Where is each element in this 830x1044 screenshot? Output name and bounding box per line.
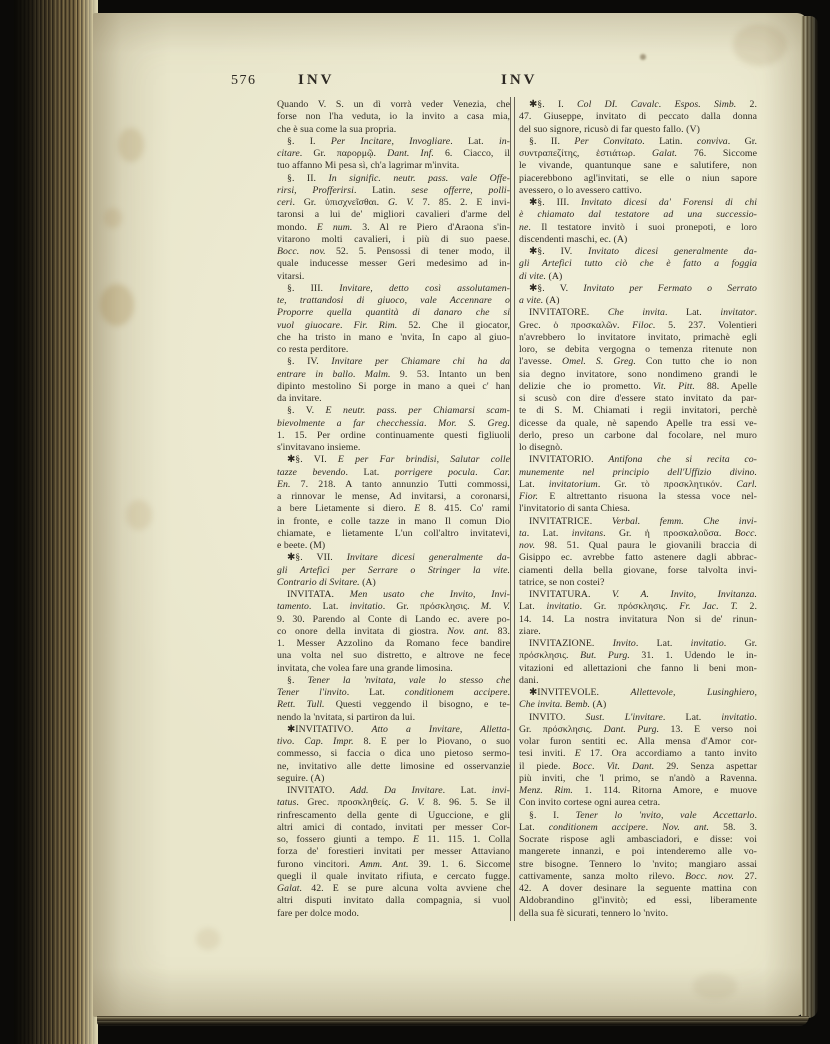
text-line: ne. Il testatore invitò i suoi pronepoti… <box>519 222 757 234</box>
text-line: stre bisogne. Tennero lo 'nvito; mangiar… <box>519 859 757 871</box>
text-segment: Filoc. <box>632 320 655 331</box>
text-segment: Fir. Rim. <box>354 320 398 331</box>
text-segment: . <box>340 320 354 331</box>
column-divider-rule <box>510 97 515 921</box>
page-stack-edge-right <box>801 16 818 1018</box>
text-segment: G. V. <box>399 797 424 808</box>
text-segment: Verbal. femm. Che invi- <box>612 516 757 527</box>
text-segment: altri amici di contado, invitati per mes… <box>277 822 510 833</box>
text-segment: . Gr. <box>728 136 757 147</box>
text-line: te, trattandosi di giuoco, vale Accennar… <box>277 295 510 307</box>
text-segment: (A) <box>590 699 606 710</box>
text-line: §. II. In signific. neutr. pass. vale Of… <box>277 173 510 185</box>
text-line: commesso, si faccia o dica uno pietoso s… <box>277 748 510 760</box>
text-segment: Omel. S. Greg. <box>562 356 636 367</box>
text-segment: 7. 85. 2. E invi- <box>414 197 510 208</box>
text-segment: 11. 115. 1. Colla <box>419 834 510 845</box>
text-segment: co onore della invitata di giostra. <box>277 626 447 637</box>
text-segment: Nov. ant. <box>662 822 709 833</box>
text-segment: 98. 51. Qual paura le giovanili braccia … <box>535 540 757 551</box>
text-line: altri disputi invitato dalla compagnia, … <box>277 895 510 907</box>
text-line: di vite. (A) <box>519 271 757 283</box>
text-line: l'invitatorio di santa Chiesa. <box>519 503 757 515</box>
text-line: delizie che io prometto. Vit. Pitt. 88. … <box>519 381 757 393</box>
text-segment: quale inducesse messer Geri medesimo ad … <box>277 258 510 269</box>
text-line: gli Artefici tutto ciò che è fatto a fog… <box>519 258 757 270</box>
text-segment: ✱§. III. <box>529 197 581 208</box>
text-segment: ciamenti della bella giovane, forse talv… <box>519 565 757 576</box>
text-segment: Bocc. nov. <box>277 246 326 257</box>
text-line: ✱§. VII. Invitare dicesi generalmente da… <box>277 552 510 564</box>
text-line: il piede. Bocc. Vit. Dant. 29. Senza asp… <box>519 761 757 773</box>
text-segment: rirsi, Profferirsi <box>277 185 354 196</box>
text-segment: delizie che io prometto. <box>519 381 653 392</box>
text-line: s'invitavano insieme. <box>277 442 510 454</box>
text-line: vitazioni ed allettazioni che fanno li b… <box>519 663 757 675</box>
text-segment: l'avesse. <box>519 356 562 367</box>
text-segment: Men usato che Invito, Invi- <box>350 589 510 600</box>
text-segment: . <box>475 467 493 478</box>
text-line: dicesse da quale, nè sapendo Apelle tra … <box>519 418 757 430</box>
text-segment: 3. Al re Piero d'Araona s'in- <box>352 222 510 233</box>
text-segment: in fronte, e colle tazze in mano Il comu… <box>277 516 510 527</box>
text-segment: §. II. <box>529 136 574 147</box>
text-segment: Fior. <box>519 491 538 502</box>
text-line: INVITATORIO. Antifona che si recita co- <box>519 454 757 466</box>
text-line: Tener l'invito. Lat. conditionem acciper… <box>277 687 510 699</box>
text-segment: chiamate, e lietamente L'un coll'altro i… <box>277 528 510 539</box>
text-line: co onore della invitata di giostra. Nov.… <box>277 626 510 638</box>
text-segment: Menz. Rim. <box>519 785 573 796</box>
text-line: dipinto mestolino Si porge in mano a que… <box>277 381 510 393</box>
text-line: nendo la 'nvitata, si partiron da lui. <box>277 712 510 724</box>
text-segment: 29. Senza aspettar <box>654 761 757 772</box>
text-segment: . Lat. <box>527 528 572 539</box>
text-line: tamento. Lat. invitatio. Gr. πρόσκλησις.… <box>277 601 510 613</box>
text-segment: Questi veggendo il bisogno, e te- <box>325 699 510 710</box>
text-segment: sese offerre, polli- <box>411 185 510 196</box>
text-segment: Contrario di Svitare. <box>277 577 360 588</box>
text-line: §. V. E neutr. pass. per Chiamarsi scam- <box>277 405 510 417</box>
text-segment: (A) <box>360 577 376 588</box>
text-segment: gli Artefici tutto ciò che è fatto a fog… <box>519 258 757 269</box>
text-segment: . <box>292 736 304 747</box>
text-line: derlo, preso un carbone dal focolare, ne… <box>519 430 757 442</box>
text-segment: avessero, o lo avessero cattivo. <box>519 185 642 196</box>
text-segment: In signific. neutr. pass. vale Offe- <box>328 173 510 184</box>
text-segment: 1. Messer Azzolino da Romano fece bandir… <box>277 638 510 649</box>
text-line: mondo. E num. 3. Al re Piero d'Araona s'… <box>277 222 510 234</box>
text-segment: Quando V. S. un dì vorrà veder Venezia, … <box>277 99 510 110</box>
text-segment: Invitare dicesi generalmente da- <box>347 552 510 563</box>
text-line: in fronte, e colle tazze in mano Il comu… <box>277 516 510 528</box>
text-segment: (A) <box>543 295 559 306</box>
text-segment: te di S. M. Chiamati i regii invitatori,… <box>519 405 757 416</box>
text-segment: tatus <box>277 797 296 808</box>
text-segment: in- <box>499 136 510 147</box>
text-line: INVITATRICE. Verbal. femm. Che invi- <box>519 516 757 528</box>
text-segment: ✱§. I. <box>529 99 577 110</box>
text-line: §. III. Invitare, detto così assolutamen… <box>277 283 510 295</box>
text-segment: invitatio <box>721 712 754 723</box>
text-segment: da invitare. <box>277 393 322 404</box>
foxing-stain <box>733 24 787 66</box>
text-segment: porrigere pocula <box>395 467 475 478</box>
text-line: §. II. Per Convitato. Latin. conviva. Gr… <box>519 136 757 148</box>
text-line: te di S. M. Chiamati i regii invitatori,… <box>519 405 757 417</box>
text-segment: E per Far brindisi, Salutar colle <box>338 454 510 465</box>
text-line: Gisippo ec. avrebbe fatto astenere dagli… <box>519 552 757 564</box>
text-segment: INVITO. <box>529 712 586 723</box>
text-line: Con invito cortese ogni aurea cetra. <box>519 797 757 809</box>
text-segment: §. I. <box>529 810 576 821</box>
text-segment: tamento <box>277 601 309 612</box>
text-line: munemente nel principio dell'Uffizio div… <box>519 467 757 479</box>
text-line: Che invita. Bemb. (A) <box>519 699 757 711</box>
text-segment: Sust. L'invitare <box>586 712 663 723</box>
text-line: l'avesse. Omel. S. Greg. Con tutto che i… <box>519 356 757 368</box>
text-segment: piacerebbono agl'invitati, se elle o niu… <box>519 173 757 184</box>
text-line: sia degno invitatore, sono nondimeno gra… <box>519 369 757 381</box>
text-line: fare per dolce modo. <box>277 908 510 920</box>
text-segment: Proporre quella quantità di danaro che s… <box>277 307 510 318</box>
text-line: a vite. (A) <box>519 295 757 307</box>
text-line: loro, se debita vergogna o temenza riten… <box>519 344 757 356</box>
text-segment: 39. 1. 6. Siccome <box>409 859 510 870</box>
text-line: 1. 15. Per ordine continuamente questi f… <box>277 430 510 442</box>
text-segment: mondo. <box>277 222 317 233</box>
text-segment: ✱§. VII. <box>287 552 347 563</box>
text-segment: Amm. Ant. <box>360 859 409 870</box>
book-spine-page-edges <box>14 0 98 1044</box>
text-segment: munemente nel principio dell'Uffizio div… <box>519 467 757 478</box>
text-line: a rinnovar le mense, Ad invitarsi, a cor… <box>277 491 510 503</box>
text-line: tuo affanno Mi pesa sì, ch'a lagrimar m'… <box>277 160 510 172</box>
text-segment: . <box>508 687 511 698</box>
text-segment: M. V. <box>481 601 510 612</box>
text-segment: ✱§. V. <box>529 283 583 294</box>
foxing-stain <box>100 284 134 326</box>
text-line: cattivamente, sanza molto rilevo. Bocc. … <box>519 871 757 883</box>
text-segment: quegli il quale invitato rifiuta, e cerc… <box>277 871 510 882</box>
text-line: chiamate, e lietamente L'un coll'altro i… <box>277 528 510 540</box>
text-segment: But. Purg. <box>580 650 630 661</box>
text-segment: invitans <box>572 528 603 539</box>
foxing-stain <box>104 208 122 228</box>
text-segment: forse non l'ha veduta, io la invito a ca… <box>277 111 510 122</box>
text-line: tatus. Grec. προσκληθείς. G. V. 8. 96. 5… <box>277 797 510 809</box>
foxing-stain <box>693 973 737 999</box>
text-line: tesi inviti. E 17. Ora accordiamo a tant… <box>519 748 757 760</box>
text-line: Proporre quella quantità di danaro che s… <box>277 307 510 319</box>
text-segment: Invitato dicesi da' Forensi di chi <box>581 197 757 208</box>
text-segment: 13. E verso noi <box>659 724 757 735</box>
text-segment: E neutr. pass. per Chiamarsi scam- <box>326 405 510 416</box>
text-line: ne, invitativo alle dette limosine ed os… <box>277 761 510 773</box>
text-segment: entrare in ballo <box>277 369 353 380</box>
text-segment: volar furon sentiti ec. Alla mensa d'Amo… <box>519 736 757 747</box>
text-segment: so, fossero giunti a tempo. <box>277 834 413 845</box>
text-segment: 88. Apelle <box>695 381 757 392</box>
text-line: 47. Giuseppe, invitato di peccato dalla … <box>519 111 757 123</box>
text-line: Menz. Rim. 1. 114. Ritorna Amore, e muov… <box>519 785 757 797</box>
text-line: tivo. Cap. Impr. 8. E per lo Piovano, o … <box>277 736 510 748</box>
text-segment: Add. Da Invitare <box>350 785 443 796</box>
text-line: più inviti, che 'l primo, se n'andò a Ra… <box>519 773 757 785</box>
text-segment: dipinto mestolino Si porge in mano a que… <box>277 381 510 392</box>
text-segment: vitazioni ed allettazioni che fanno li b… <box>519 663 757 674</box>
text-segment: derlo, preso un carbone dal focolare, ne… <box>519 430 757 441</box>
text-line: Lat. invitatio. Gr. πρόσκλησις. Fr. Jac.… <box>519 601 757 613</box>
text-segment: E altrettanto risuona la stessa voce nel… <box>538 491 757 502</box>
text-line: mangerete innanzi, e poi intenderemo all… <box>519 846 757 858</box>
text-segment: 76. Siccome <box>677 148 757 159</box>
text-segment: G. V. <box>388 197 414 208</box>
text-line: co resta perditore. <box>277 344 510 356</box>
text-line: 14. 14. La nostra invitatura Non si de' … <box>519 614 757 626</box>
text-segment: ne, invitativo alle dette limosine ed os… <box>277 761 510 772</box>
text-segment: Tener l'invito <box>277 687 347 698</box>
text-segment: §. <box>287 675 308 686</box>
text-line: del suo signore, ricusò di far questo fa… <box>519 124 757 136</box>
text-line: furono vincitori. Amm. Ant. 39. 1. 6. Si… <box>277 859 510 871</box>
foxing-stain <box>118 128 144 162</box>
text-line: INVITATORE. Che invita. Lat. invitator. <box>519 307 757 319</box>
text-segment: del suo signore, ricusò di far questo fa… <box>519 124 700 135</box>
text-segment: di vite. <box>519 271 546 282</box>
text-line: le vivande, quantunque sane e salutifere… <box>519 160 757 172</box>
text-line: §. IV. Invitare per Chiamare chi ha da <box>277 356 510 368</box>
text-segment: discendenti maschi, ec. (A) <box>519 234 627 245</box>
text-segment: invitator <box>720 307 754 318</box>
text-segment: . <box>755 712 758 723</box>
text-segment: ✱INVITATIVO. <box>287 724 371 735</box>
text-line: INVITATA. Men usato che Invito, Invi- <box>277 589 510 601</box>
text-segment: Allettevole, Lusinghiero, <box>631 687 757 698</box>
text-segment: e beete. (M) <box>277 540 325 551</box>
text-segment: . Lat. <box>636 638 691 649</box>
text-segment: INVITATORIO. <box>529 454 608 465</box>
text-segment: Lat. <box>519 479 549 490</box>
text-line: ta. Lat. invitans. Gr. ἡ προσκαλοῦσα. Bo… <box>519 528 757 540</box>
text-segment: gli Artefici per Serrare o Stringer la v… <box>277 565 510 576</box>
running-head-right: INV <box>501 72 538 89</box>
text-segment: Tener lo 'nvito, vale Accettarlo <box>576 810 755 821</box>
text-segment: 2. <box>736 99 757 110</box>
text-segment: §. I. <box>287 136 331 147</box>
text-segment: 2. <box>738 601 757 612</box>
text-segment: fare per dolce modo. <box>277 908 359 919</box>
text-line: una volta nel suo distretto, e altrove n… <box>277 650 510 662</box>
text-segment: §. IV. <box>287 356 331 367</box>
text-segment: §. V. <box>287 405 326 416</box>
text-line: Socrate rispose agli ambasciadori, e dis… <box>519 834 757 846</box>
text-line: Quando V. S. un dì vorrà veder Venezia, … <box>277 99 510 111</box>
text-segment: INVITAZIONE. <box>529 638 613 649</box>
text-segment: Atto a Invitare, Alletta- <box>371 724 510 735</box>
text-segment: 58. 3. <box>709 822 757 833</box>
text-segment: 7. 218. A tanto annunzio Tutti commossi, <box>290 479 510 490</box>
text-line: §. Tener la 'nvitata, vale lo stesso che <box>277 675 510 687</box>
text-line: che è sua come la sua propria. <box>277 124 510 136</box>
text-segment: conviva <box>697 136 728 147</box>
text-line: ✱§. III. Invitato dicesi da' Forensi di … <box>519 197 757 209</box>
text-segment: Per Convitato <box>574 136 642 147</box>
text-segment: §. III. <box>287 283 339 294</box>
text-segment: Fr. Jac. T. <box>679 601 737 612</box>
text-line: INVITATO. Add. Da Invitare. Lat. invi- <box>277 785 510 797</box>
text-line: ceri. Gr. ὑπισχνεῖσθαι. G. V. 7. 85. 2. … <box>277 197 510 209</box>
text-segment: Carl. <box>736 479 757 490</box>
text-segment: conditionem accipere <box>549 822 646 833</box>
text-segment: Antifona che si recita co- <box>608 454 757 465</box>
text-segment: §. II. <box>287 173 328 184</box>
text-line: forza de' forestieri invitati per messer… <box>277 846 510 858</box>
text-segment: Grec. ὁ προσκαλῶν. <box>519 320 632 331</box>
ink-fleck <box>640 54 646 60</box>
text-line: En. 7. 218. A tanto annunzio Tutti commo… <box>277 479 510 491</box>
text-segment: tesi inviti. <box>519 748 575 759</box>
text-segment: . <box>755 307 758 318</box>
text-line: vuol giuocare. Fir. Rim. 52. Che il gioc… <box>277 320 510 332</box>
text-segment: . Gr. πρόσκλησις. <box>383 601 481 612</box>
text-segment: Galat. <box>652 148 677 159</box>
text-line: che ha tristo in mano e 'nvita, In capo … <box>277 332 510 344</box>
text-line: lo disegnò. <box>519 442 757 454</box>
text-segment: ne <box>519 222 528 233</box>
text-line: Lat. conditionem accipere. Nov. ant. 58.… <box>519 822 757 834</box>
text-segment: tivo <box>277 736 292 747</box>
text-segment: . <box>646 822 663 833</box>
text-segment: πρόσκλησις. <box>519 650 580 661</box>
text-segment: Rett. Tull. <box>277 699 325 710</box>
text-line: discendenti maschi, ec. (A) <box>519 234 757 246</box>
text-line: ✱INVITEVOLE. Allettevole, Lusinghiero, <box>519 687 757 699</box>
text-segment: una volta nel suo distretto, e altrove n… <box>277 650 510 661</box>
text-line: è chiamato dal testatore ad una successi… <box>519 209 757 221</box>
text-segment: . Lat. <box>443 785 492 796</box>
text-segment: tuo affanno Mi pesa sì, ch'a lagrimar m'… <box>277 160 459 171</box>
text-segment: loro, se debita vergogna o temenza riten… <box>519 344 757 355</box>
text-segment: Gr. πρόσκλησις. <box>519 724 604 735</box>
text-segment: Galat. <box>277 883 302 894</box>
text-line: della sua fè sicurati, tennero lo 'nvito… <box>519 908 757 920</box>
text-segment: . Lat. <box>309 601 350 612</box>
text-segment: . Grec. προσκληθείς. <box>296 797 399 808</box>
right-text-column: ✱§. I. Col DI. Cavalc. Espos. Simb. 2.47… <box>519 99 757 920</box>
text-segment: l'invitatorio di santa Chiesa. <box>519 503 630 514</box>
text-line: altri amici di contado, invitati per mes… <box>277 822 510 834</box>
book-page: 576 INV INV Quando V. S. un dì vorrà ved… <box>93 13 807 1017</box>
text-segment: ziare. <box>519 626 541 637</box>
text-segment: Col DI. Cavalc. Espos. Simb. <box>577 99 736 110</box>
text-segment: ta <box>519 528 527 539</box>
text-segment: 8. 415. Co' rami <box>420 503 510 514</box>
text-segment: Dant. Inf. <box>387 148 434 159</box>
text-segment: En. <box>277 479 290 490</box>
text-line: quale inducesse messer Geri medesimo ad … <box>277 258 510 270</box>
text-segment: invitata, che volea fare una grande limo… <box>277 663 453 674</box>
text-segment: 5. 237. Volentieri <box>656 320 757 331</box>
text-line: ✱§. V. Invitato per Fermato o Serrato <box>519 283 757 295</box>
text-segment: Invitato per Fermato o Serrato <box>583 283 757 294</box>
text-segment: . Lat. <box>347 687 405 698</box>
text-line: §. I. Tener lo 'nvito, vale Accettarlo. <box>519 810 757 822</box>
text-line: so, fossero giunti a tempo. E 11. 115. 1… <box>277 834 510 846</box>
text-segment: 42. A dover desinare la seguente mattina… <box>519 883 757 894</box>
text-segment: ✱INVITEVOLE. <box>529 687 631 698</box>
text-line: συντραπεζίτης, ἑστιάτωρ. Galat. 76. Sicc… <box>519 148 757 160</box>
text-segment: co resta perditore. <box>277 344 348 355</box>
text-segment: a bere Lietamente si diero. <box>277 503 414 514</box>
text-segment: ✱§. IV. <box>529 246 588 257</box>
text-line: §. I. Per Incitare, Invogliare. Lat. in- <box>277 136 510 148</box>
text-segment: Gisippo ec. avrebbe fatto astenere dagli… <box>519 552 757 563</box>
text-segment: furono vincitori. <box>277 859 360 870</box>
text-line: rinfrescamento della gente di Uguccione,… <box>277 810 510 822</box>
text-segment: . Il testatore invitò i suoi pronepoti, … <box>528 222 757 233</box>
page-number: 576 <box>231 73 257 89</box>
text-line: forse non l'ha veduta, io la invito a ca… <box>277 111 510 123</box>
text-segment: . Gr. τὸ προσκλητικόν. <box>598 479 737 490</box>
text-segment: nov. <box>519 540 535 551</box>
text-line: 9. 30. Parendo al Conte di Lando ec. ave… <box>277 614 510 626</box>
text-segment: 14. 14. La nostra invitatura Non si de' … <box>519 614 757 625</box>
text-line: quegli il quale invitato rifiuta, e cerc… <box>277 871 510 883</box>
text-segment: 17. Ora accordiamo a tanto invito <box>581 748 757 759</box>
text-segment: 1. 15. Per ordine continuamente questi f… <box>277 430 510 441</box>
text-line: avessero, o lo avessero cattivo. <box>519 185 757 197</box>
text-line: citare. Gr. παρορμῷ. Dant. Inf. 6. Ciacc… <box>277 148 510 160</box>
text-segment: della sua fè sicurati, tennero lo 'nvito… <box>519 908 668 919</box>
text-segment: . Lat. <box>665 307 720 318</box>
text-segment: 52. 5. Pensossi di tener modo, il <box>326 246 510 257</box>
text-segment: te, trattandosi di giuoco, vale Accennar… <box>277 295 510 306</box>
text-segment: Aldobrandino gl'invitò; ed essi, liberam… <box>519 895 757 906</box>
text-line: ✱INVITATIVO. Atto a Invitare, Alletta- <box>277 724 510 736</box>
text-line: 1. Messer Azzolino da Romano fece bandir… <box>277 638 510 650</box>
text-segment: 52. Che il giocator, <box>397 320 510 331</box>
text-line: ✱§. I. Col DI. Cavalc. Espos. Simb. 2. <box>519 99 757 111</box>
text-segment: lo disegnò. <box>519 442 563 453</box>
text-line: ziare. <box>519 626 757 638</box>
text-segment: Tener la 'nvitata, vale lo stesso che <box>308 675 510 686</box>
text-line: n'avrebbero lo invitatore invitato, prim… <box>519 332 757 344</box>
text-segment: è chiamato dal testatore ad una successi… <box>519 209 757 220</box>
text-segment: citare <box>277 148 300 159</box>
text-segment: Bocc. Vit. Dant. <box>572 761 654 772</box>
text-segment: . Gr. <box>724 638 757 649</box>
text-segment: . <box>424 418 438 429</box>
text-line: a bere Lietamente si diero. E 8. 415. Co… <box>277 503 510 515</box>
text-line: ✱§. IV. Invitato dicesi generalmente da- <box>519 246 757 258</box>
foxing-stain <box>196 928 220 950</box>
text-segment: 42. E se pure alcuna volta avviene che <box>302 883 510 894</box>
text-line: si scusò con dire d'essere stato invitat… <box>519 393 757 405</box>
text-line: piacerebbono agl'invitati, se elle o niu… <box>519 173 757 185</box>
text-segment: conditionem accipere <box>405 687 508 698</box>
text-segment: cattivamente, sanza molto rilevo. <box>519 871 685 882</box>
text-segment: che ha tristo in mano e 'nvita, In capo … <box>277 332 510 343</box>
text-segment: (A) <box>546 271 562 282</box>
text-line: Galat. 42. E se pure alcuna volta avvien… <box>277 883 510 895</box>
text-segment: . Gr. πρόσκλησις. <box>580 601 680 612</box>
text-segment: INVITATA. <box>287 589 350 600</box>
text-segment: Con invito cortese ogni aurea cetra. <box>519 797 660 808</box>
text-segment: Con tutto che io non <box>636 356 757 367</box>
text-segment: 27. <box>734 871 757 882</box>
text-segment: a vite. <box>519 295 543 306</box>
